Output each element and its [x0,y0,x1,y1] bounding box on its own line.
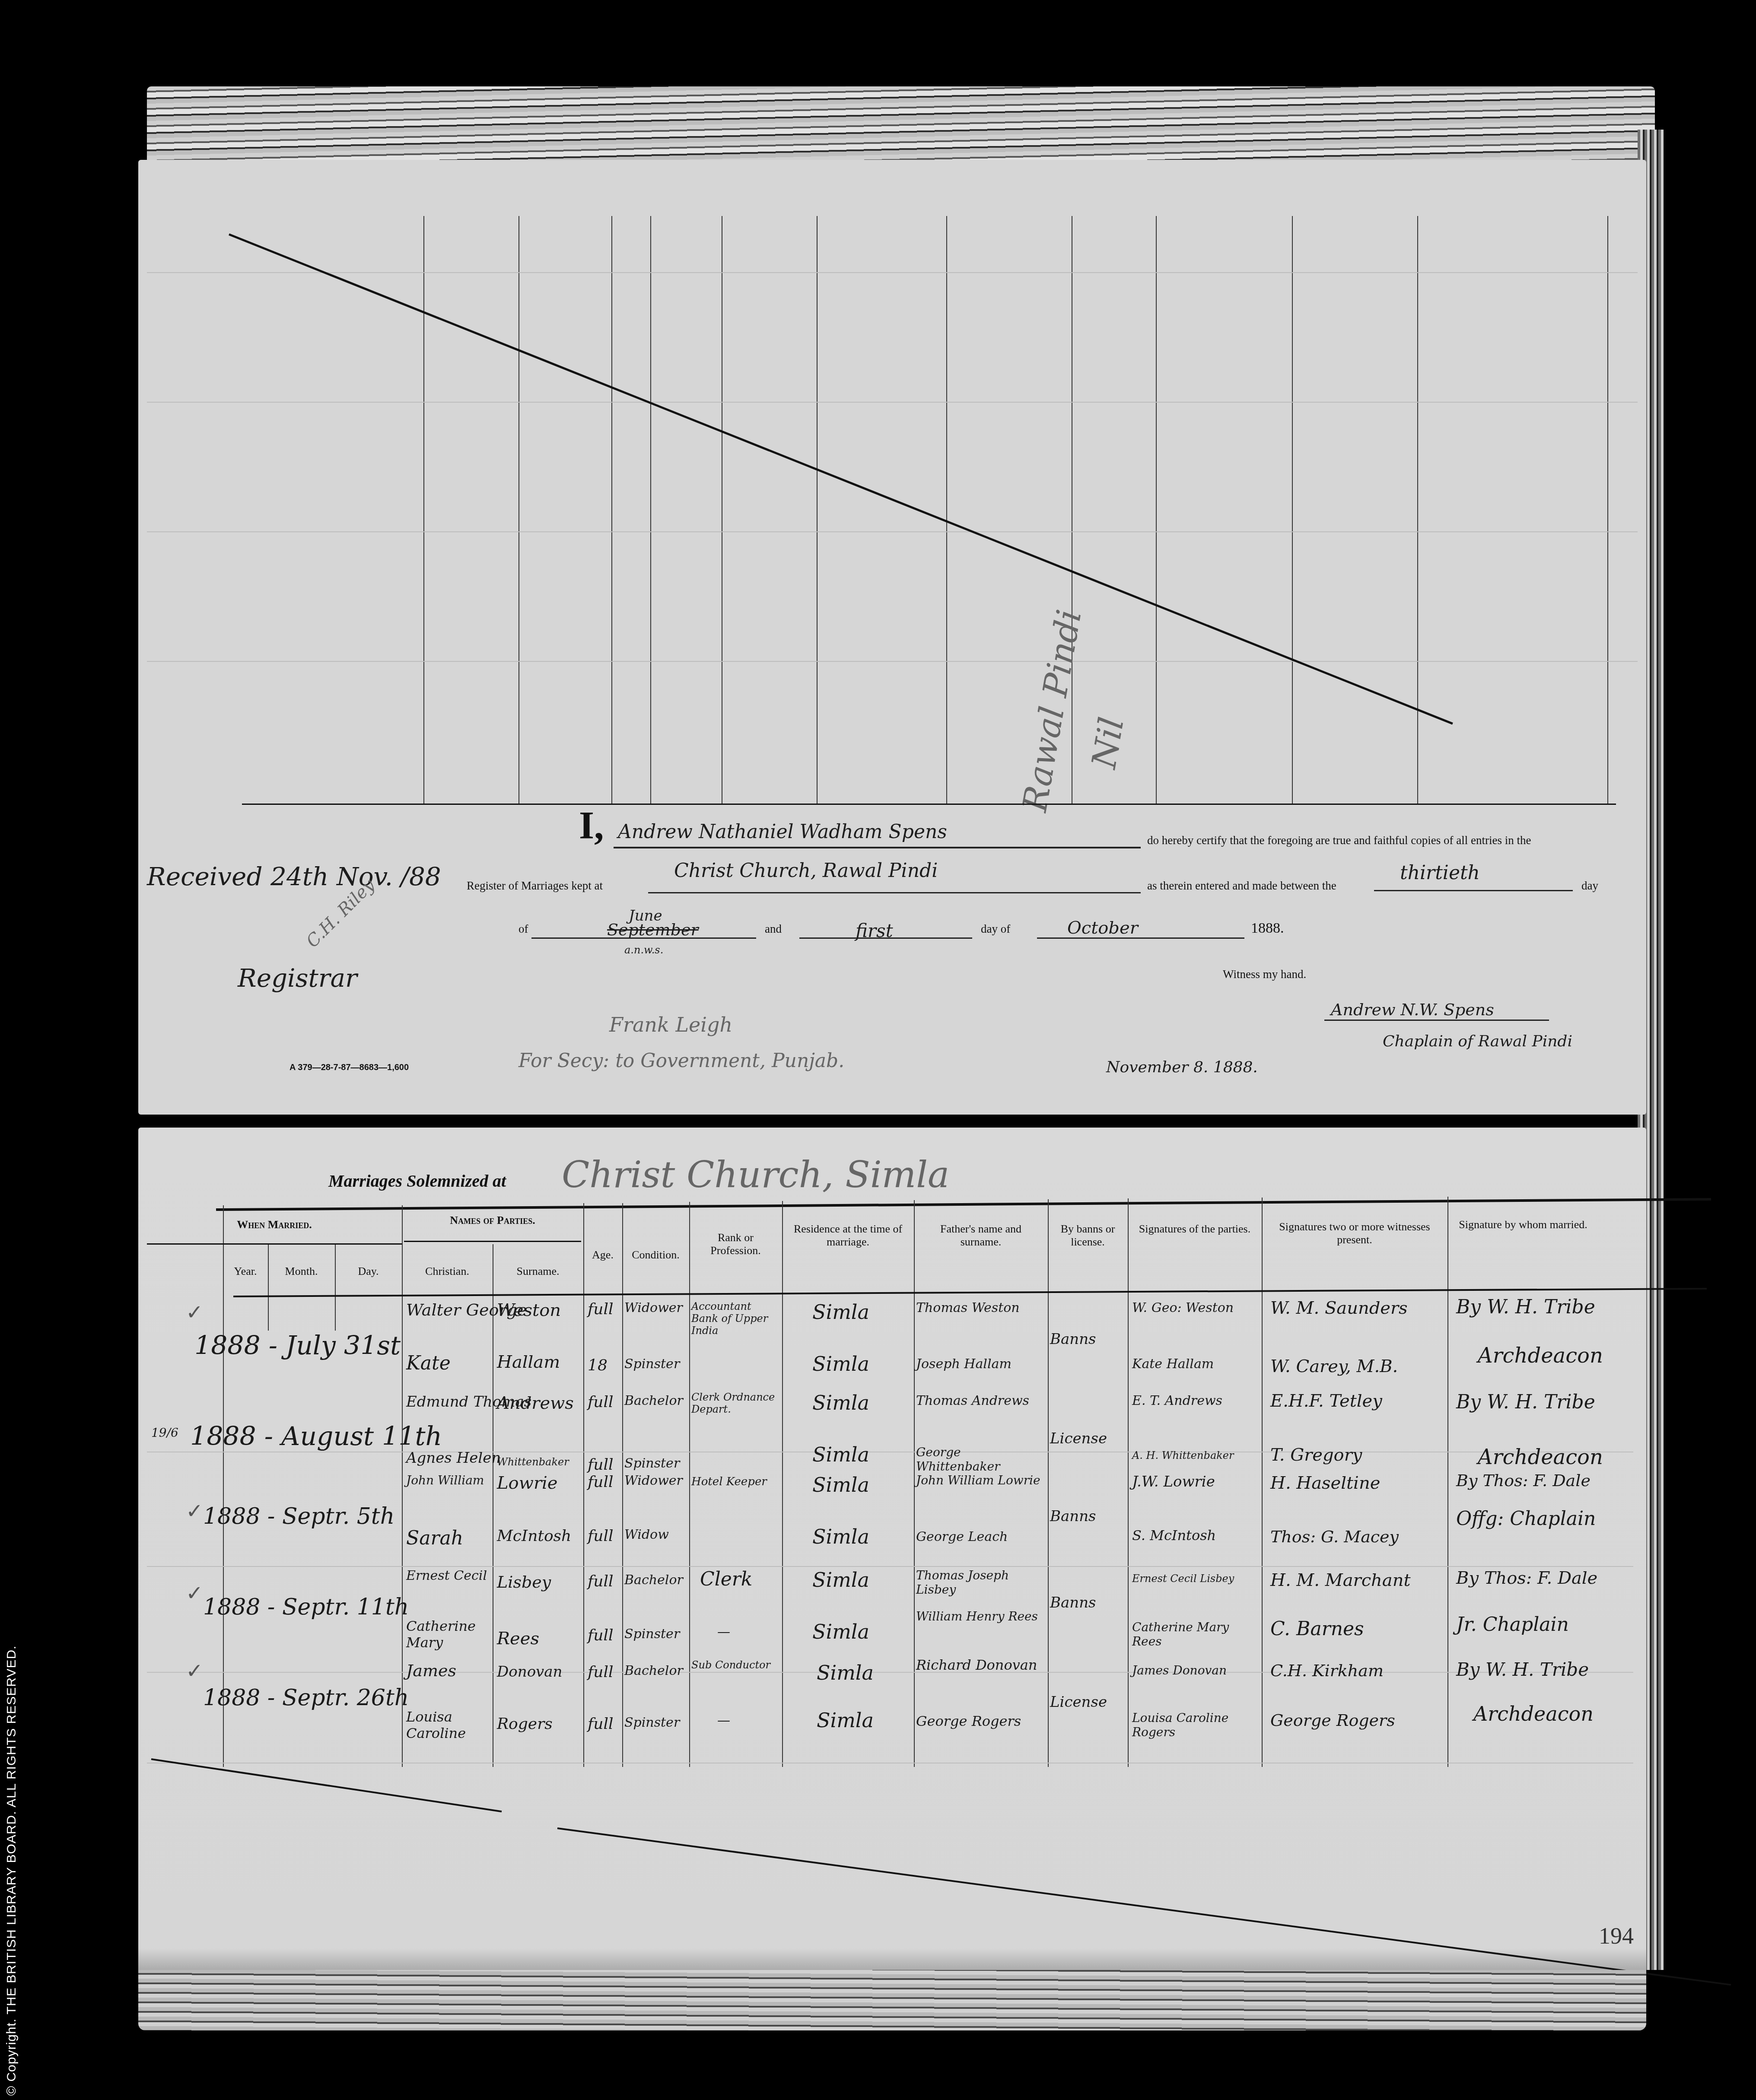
ruled-line [147,531,1638,532]
ruled-line [147,661,1638,662]
married-by: By Thos: F. Dale [1456,1471,1591,1490]
residence: Simla [812,1473,869,1496]
column-line [519,216,519,804]
top-page: Rawal Pindi Nil I, Andrew Nathaniel Wadh… [138,160,1646,1115]
certificate-text7: day of [981,922,1010,936]
father-name: Richard Donovan [916,1657,1041,1673]
underline [531,937,756,939]
married-by-title: Offg: Chaplain [1456,1508,1596,1530]
condition: Spinster [624,1715,680,1730]
father-name: Thomas Joseph Lisbey [916,1568,1041,1597]
condition: Spinster [624,1357,680,1372]
margin-note: 19/6 [151,1426,178,1440]
header-rank: Rank or Profession. [698,1231,773,1257]
column-line [1048,1199,1049,1767]
condition: Bachelor [624,1393,683,1408]
residence: Simla [812,1443,869,1466]
christian-name: Louisa Caroline [406,1709,488,1741]
banns-or-license: Banns [1050,1331,1096,1348]
residence: Simla [817,1661,874,1684]
check-mark-icon: ✓ [186,1300,203,1325]
father-name: Joseph Hallam [916,1357,1012,1372]
witness-signature: T. Gregory [1270,1445,1362,1465]
residence: Simla [812,1391,869,1414]
condition: Bachelor [624,1663,683,1678]
banns-or-license: Banns [1050,1594,1096,1611]
condition: Widow [624,1527,669,1542]
married-by-title: Archdeacon [1478,1344,1603,1368]
condition: Bachelor [624,1573,683,1588]
cancel-stroke [151,1758,502,1812]
header-surname: Surname. [493,1265,583,1278]
title-rule [216,1198,1711,1211]
underline [648,892,1141,893]
surname: Rees [497,1629,539,1649]
witness-text: Witness my hand. [1223,968,1306,981]
father-name: George Leach [916,1529,1008,1544]
certificate-I: I, [579,804,604,848]
condition: Spinster [624,1456,680,1471]
married-by: By W. H. Tribe [1456,1659,1589,1680]
surname: McIntosh [497,1527,571,1545]
underline [1037,937,1244,939]
party-signature: E. T. Andrews [1132,1393,1222,1408]
entry-date: 1888 - Septr. 5th [203,1503,394,1529]
column-line [622,1203,623,1767]
header-age: Age. [583,1249,622,1261]
rank: — [717,1624,730,1639]
column-line [583,1203,584,1767]
header-subrule [404,1241,581,1242]
header-condition: Condition. [622,1249,689,1261]
father-name: William Henry Rees [916,1609,1041,1623]
column-line [611,216,612,804]
check-mark-icon: ✓ [186,1659,203,1683]
certificate-text3: as therein entered and made between the [1147,879,1336,893]
rank: Clerk [700,1568,752,1590]
column-line [1447,1197,1448,1767]
witness-signature: C. Barnes [1270,1618,1364,1640]
vertical-note-line1: Rawal Pindi [1015,607,1089,815]
rank: Clerk Ordnance Depart. [691,1391,778,1415]
residence: Simla [812,1300,869,1324]
party-signature: James Donovan [1132,1663,1227,1677]
entry-date: 1888 - July 31st [194,1331,401,1361]
column-line [817,216,818,804]
column-line [946,216,947,804]
residence: Simla [812,1568,869,1592]
age: full [588,1573,614,1590]
married-by-title: Jr. Chaplain [1456,1614,1569,1636]
table-bottom-rule [242,804,1616,805]
header-witnesses: Signatures two or more witnesses present… [1266,1220,1443,1246]
party-signature: Kate Hallam [1132,1357,1214,1372]
column-line [689,1202,690,1767]
header-married-by: Signature by whom married. [1452,1218,1594,1231]
witness-signature: George Rogers [1270,1711,1395,1730]
christian-name: Sarah [406,1527,463,1549]
underline [1324,1020,1549,1021]
column-line [650,216,651,804]
married-by-title: Archdeacon [1473,1702,1594,1725]
party-signature: A. H. Whittenbaker [1132,1449,1234,1461]
column-line [1607,216,1608,804]
party-signature: Ernest Cecil Lisbey [1132,1573,1234,1585]
month-from-initials: a.n.w.s. [624,944,663,956]
certificate-text6: and [765,922,782,936]
condition: Widower [624,1473,683,1488]
ruled-line [147,272,1638,273]
certificate-date: November 8. 1888. [1106,1058,1258,1076]
witness-signature: H. M. Marchant [1270,1570,1410,1590]
column-line [1128,1198,1129,1767]
married-by: By W. H. Tribe [1456,1296,1595,1318]
column-line [268,1244,269,1331]
witness-signature: C.H. Kirkham [1270,1661,1384,1680]
column-line [1156,216,1157,804]
age: full [588,1456,614,1474]
ruled-line [147,1763,1633,1763]
header-subrule [147,1243,402,1245]
column-line [493,1244,493,1767]
rank: Sub Conductor [691,1659,778,1671]
cancel-stroke [229,233,1453,724]
column-line [1417,216,1418,804]
father-name: George Rogers [916,1713,1021,1729]
header-banns: By banns or license. [1050,1223,1126,1249]
age: full [588,1393,614,1411]
age: full [588,1527,614,1545]
month-from-struck: September [607,920,699,939]
banns-or-license: License [1050,1430,1107,1447]
form-code: A 379—28-7-87—8683—1,600 [289,1063,409,1073]
christian-name: John William [406,1473,484,1487]
witness-signature: Thos: G. Macey [1270,1527,1399,1546]
certificate-month-to: October [1067,918,1138,938]
certificate-name: Andrew Nathaniel Wadham Spens [618,821,947,843]
column-line [335,1244,336,1331]
certificate-day-from: thirtieth [1400,862,1480,884]
chaplain-signature: Andrew N.W. Spens [1331,1000,1494,1019]
government-title: For Secy: to Government, Punjab. [519,1050,844,1072]
ruled-line [147,402,1638,403]
condition: Spinster [624,1627,680,1642]
header-signatures-parties: Signatures of the parties. [1132,1223,1257,1236]
christian-name: Catherine Mary [406,1618,488,1651]
entry-date: 1888 - August 11th [190,1421,442,1452]
column-line [722,216,722,804]
header-father: Father's name and surname. [920,1223,1041,1249]
underline [799,937,972,939]
government-signature: Frank Leigh [609,1013,732,1036]
bottom-page: Marriages Solemnized at Christ Church, S… [138,1128,1646,1992]
column-line [914,1200,915,1767]
witness-signature: W. M. Saunders [1270,1298,1408,1318]
surname: Weston [497,1300,561,1320]
surname: Whittenbaker [497,1456,569,1468]
ruled-line [147,1452,1633,1452]
residence: Simla [817,1709,874,1732]
married-by-title: Archdeacon [1478,1445,1603,1469]
vertical-note-line2: Nil [1085,715,1132,772]
check-mark-icon: ✓ [186,1499,203,1523]
column-line [223,1205,224,1767]
party-signature: Louisa Caroline Rogers [1132,1711,1257,1739]
surname: Donovan [497,1663,562,1681]
book-bottom-edges [138,1970,1646,2030]
christian-name: Ernest Cecil [406,1568,488,1583]
party-signature: Catherine Mary Rees [1132,1620,1257,1649]
column-line [423,216,424,804]
age: full [588,1715,614,1733]
residence: Simla [812,1620,869,1643]
page-number: 194 [1599,1922,1634,1949]
party-signature: W. Geo: Weston [1132,1300,1234,1315]
header-day: Day. [335,1265,402,1278]
column-line [782,1201,783,1767]
age: full [588,1627,614,1644]
christian-name: Agnes Helen [406,1449,501,1467]
witness-signature: H. Haseltine [1270,1473,1380,1493]
witness-signature: W. Carey, M.B. [1270,1357,1398,1376]
certificate-year: 1888. [1251,920,1284,937]
cancel-stroke [557,1827,1731,1986]
age: 18 [588,1357,608,1374]
column-line [1072,216,1072,804]
header-month: Month. [268,1265,335,1278]
father-name: Thomas Andrews [916,1393,1029,1408]
registrar-title: Registrar [238,963,357,993]
entry-date: 1888 - Septr. 11th [203,1594,409,1620]
surname: Rogers [497,1715,553,1733]
entry-date: 1888 - Septr. 26th [203,1685,409,1711]
age: full [588,1473,614,1491]
underline [1374,890,1573,891]
residence: Simla [812,1525,869,1548]
header-residence: Residence at the time of marriage. [786,1223,910,1249]
register-title-print: Marriages Solemnized at [328,1171,506,1191]
book-top-edges [147,86,1655,168]
residence: Simla [812,1352,869,1376]
certificate-text5: of [519,922,528,936]
rank: Accountant Bank of Upper India [691,1300,778,1337]
certificate-text4: day [1581,879,1598,893]
underline [614,847,1141,848]
chaplain-title: Chaplain of Rawal Pindi [1383,1033,1572,1050]
header-when-married: When Married. [147,1218,402,1231]
received-note: Received 24th Nov. /88 [147,862,441,891]
check-mark-icon: ✓ [186,1581,203,1605]
header-names-of-parties: Names of Parties. [402,1214,583,1227]
christian-name: James [406,1661,456,1680]
party-signature: J.W. Lowrie [1132,1473,1215,1490]
header-christian: Christian. [402,1265,493,1278]
rank: — [717,1713,730,1728]
christian-name: Kate [406,1352,451,1374]
condition: Widower [624,1300,683,1315]
rank: Hotel Keeper [691,1475,767,1488]
certificate-text2: Register of Marriages kept at [467,879,603,893]
register-title-hand: Christ Church, Simla [562,1153,949,1196]
column-line [1262,1198,1263,1767]
ruled-line [147,1566,1633,1567]
surname: Lowrie [497,1473,557,1493]
banns-or-license: License [1050,1693,1107,1711]
ruled-line [147,1672,1633,1673]
married-by: By Thos: F. Dale [1456,1568,1597,1588]
age: full [588,1663,614,1681]
copyright-notice: © Copyright. THE BRITISH LIBRARY BOARD. … [4,1595,19,2096]
married-by: By W. H. Tribe [1456,1391,1595,1413]
father-name: John William Lowrie [916,1473,1041,1487]
certificate-place: Christ Church, Rawal Pindi [674,860,938,882]
column-line [402,1205,403,1767]
banns-or-license: Banns [1050,1508,1096,1525]
witness-signature: E.H.F. Tetley [1270,1391,1382,1411]
party-signature: S. McIntosh [1132,1527,1216,1544]
header-year: Year. [223,1265,268,1278]
father-name: Thomas Weston [916,1300,1020,1315]
age: full [588,1300,614,1318]
column-line [1292,216,1293,804]
surname: Lisbey [497,1573,551,1592]
surname: Hallam [497,1352,560,1372]
surname: Andrews [497,1393,574,1413]
certificate-text1: do hereby certify that the foregoing are… [1147,834,1531,847]
father-name: George Whittenbaker [916,1445,1041,1474]
